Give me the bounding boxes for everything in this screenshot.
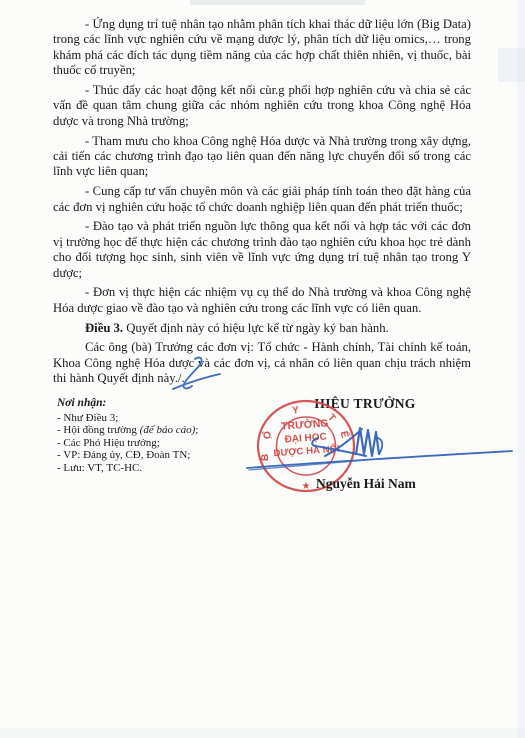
document-paragraph: - Đào tạo và phát triển nguồn lực thông … — [53, 219, 471, 281]
recipient-item-italic: (để báo cáo) — [140, 424, 196, 436]
recipient-item-text: - Như Điều 3; — [57, 412, 118, 424]
article-3-line: Điều 3. Quyết định này có hiệu lực kể từ… — [53, 321, 471, 336]
paraph-underline-stroke — [173, 374, 220, 389]
recipient-item-text: - Lưu: VT, TC-HC. — [57, 462, 142, 474]
article-3-text: Quyết định này có hiệu lực kể từ ngày ký… — [123, 321, 389, 335]
initial-paraph-signature — [170, 352, 225, 392]
document-paragraph: - Đơn vị thực hiện các nhiệm vụ cụ thể d… — [53, 285, 471, 316]
closing-paragraph: Các ông (bà) Trưởng các đơn vị: Tổ chức … — [53, 340, 471, 386]
signature-secondary-stroke — [249, 458, 392, 470]
signer-name: Nguyễn Hải Nam — [316, 476, 416, 492]
recipient-item: - Như Điều 3; — [57, 412, 198, 425]
recipients-block: Nơi nhận: - Như Điều 3; - Hội đồng trườn… — [57, 397, 198, 474]
handwritten-signature — [240, 412, 520, 477]
recipient-item: - Hội đồng trường (để báo cáo); — [57, 424, 198, 437]
document-body: - Ứng dụng trí tuệ nhân tạo nhằm phân tí… — [53, 17, 471, 391]
document-paragraph: - Cung cấp tư vấn chuyên môn và các giải… — [53, 184, 471, 215]
scan-artifact — [190, 0, 365, 5]
scan-artifact — [498, 48, 525, 82]
recipient-item: - Lưu: VT, TC-HC. — [57, 462, 198, 475]
article-3-label: Điều 3. — [85, 321, 123, 335]
stamp-star-icon: ★ — [302, 481, 311, 492]
signature-zigzag-stroke — [356, 428, 379, 456]
recipient-item-text: - VP: Đảng ủy, CĐ, Đoàn TN; — [57, 449, 190, 461]
scanned-document-page: - Ứng dụng trí tuệ nhân tạo nhằm phân tí… — [0, 0, 525, 738]
scan-artifact — [517, 0, 525, 738]
recipient-item-text: - Các Phó Hiệu trưởng; — [57, 437, 160, 449]
recipients-heading: Nơi nhận: — [57, 397, 198, 410]
recipient-item-suffix: ; — [195, 424, 198, 436]
recipient-item: - VP: Đảng ủy, CĐ, Đoàn TN; — [57, 449, 198, 462]
document-paragraph: - Ứng dụng trí tuệ nhân tạo nhằm phân tí… — [53, 17, 471, 79]
recipient-item: - Các Phó Hiệu trưởng; — [57, 437, 198, 450]
document-paragraph: - Thúc đẩy các hoạt động kết nối cùr.g p… — [53, 83, 471, 129]
document-paragraph: - Tham mưu cho khoa Công nghệ Hóa dược v… — [53, 134, 471, 180]
recipient-item-text: - Hội đồng trường — [57, 424, 140, 436]
scan-artifact — [0, 728, 525, 738]
